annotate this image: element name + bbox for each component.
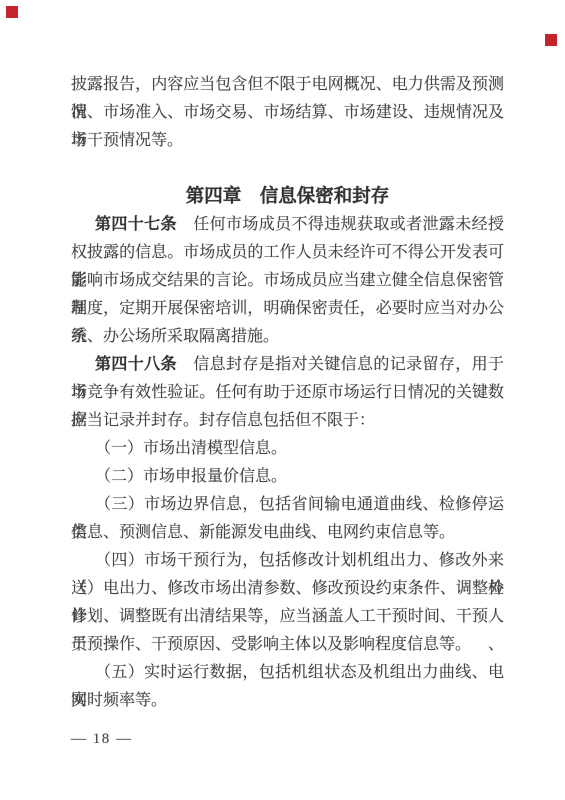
text-line: 权披露的信息。市场成员的工作人员未经许可不得公开发表可能 [71, 239, 504, 267]
text-line: 送）电出力、修改市场出清参数、修改预设约束条件、调整检修 [71, 575, 504, 603]
text-line: 干预操作、干预原因、受影响主体以及影响程度信息等。 [71, 631, 504, 659]
text-line: （三）市场边界信息，包括省间输电通道曲线、检修停运类 [71, 491, 504, 519]
text-line: 信息、预测信息、新能源发电曲线、电网约束信息等。 [71, 519, 504, 547]
text-line: 第四十八条 信息封存是指对关键信息的记录留存，用于市 [71, 351, 504, 379]
red-corner-marker [6, 6, 18, 18]
text-line: （五）实时运行数据，包括机组状态及机组出力曲线、电网 [71, 659, 504, 687]
text-line: （二）市场申报量价信息。 [71, 463, 504, 491]
text-line: （一）市场出清模型信息。 [71, 435, 504, 463]
article-number: 第四十七条 [95, 216, 177, 233]
text-line: 计划、调整既有出清结果等，应当涵盖人工干预时间、干预人员、 [71, 603, 504, 631]
chapter-heading: 第四章 信息保密和封存 [71, 183, 504, 211]
text-line: 应当记录并封存。封存信息包括但不限于： [71, 407, 504, 435]
text-line: 场干预情况等。 [71, 127, 504, 155]
text-line: 第四十七条 任何市场成员不得违规获取或者泄露未经授 [71, 211, 504, 239]
text-column: 披露报告，内容应当包含但不限于电网概况、电力供需及预测情况、市场准入、市场交易、… [71, 71, 504, 715]
blank-line [71, 155, 504, 183]
document-page: 披露报告，内容应当包含但不限于电网概况、电力供需及预测情况、市场准入、市场交易、… [0, 0, 565, 800]
text-line: 制度，定期开展保密培训，明确保密责任，必要时应当对办公系 [71, 295, 504, 323]
red-corner-marker [545, 34, 557, 46]
text-line: 统、办公场所采取隔离措施。 [71, 323, 504, 351]
page-number: — 18 — [71, 728, 133, 750]
article-number: 第四十八条 [95, 356, 177, 373]
text-line: （四）市场干预行为，包括修改计划机组出力、修改外来（外 [71, 547, 504, 575]
text-line: 披露报告，内容应当包含但不限于电网概况、电力供需及预测情 [71, 71, 504, 99]
text-line: 场竞争有效性验证。任何有助于还原市场运行日情况的关键数据 [71, 379, 504, 407]
text-line: 实时频率等。 [71, 687, 504, 715]
text-line: 况、市场准入、市场交易、市场结算、市场建设、违规情况及市 [71, 99, 504, 127]
text-line: 影响市场成交结果的言论。市场成员应当建立健全信息保密管理 [71, 267, 504, 295]
